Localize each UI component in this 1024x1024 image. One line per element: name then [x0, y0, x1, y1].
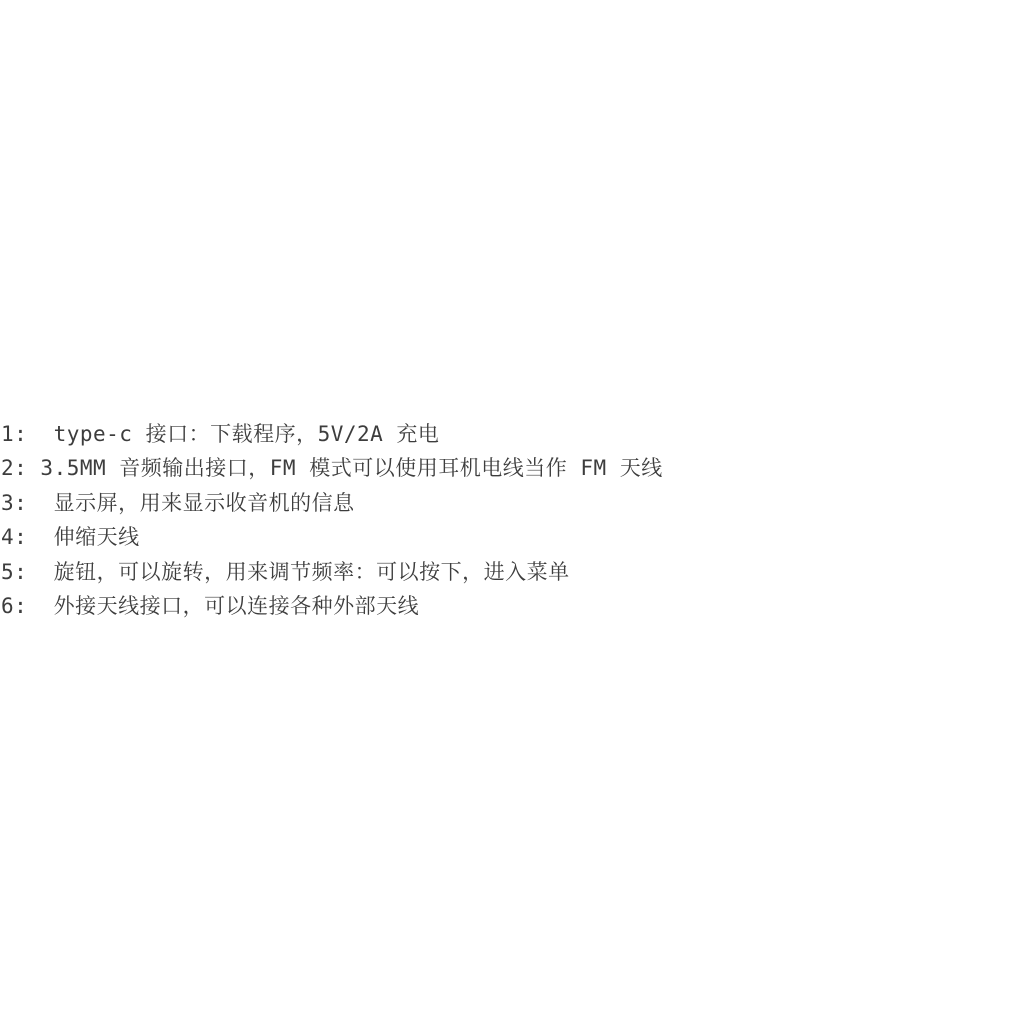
feature-line-1: 1: type-c 接口：下载程序，5V/2A 充电 — [1, 417, 1011, 451]
feature-line-6: 6: 外接天线接口，可以连接各种外部天线 — [1, 589, 1011, 623]
feature-line-5: 5: 旋钮，可以旋转，用来调节频率：可以按下，进入菜单 — [1, 555, 1011, 589]
feature-list: 1: type-c 接口：下载程序，5V/2A 充电 2: 3.5MM 音频输出… — [1, 417, 1011, 623]
feature-line-3: 3: 显示屏，用来显示收音机的信息 — [1, 486, 1011, 520]
product-description-image: 1: type-c 接口：下载程序，5V/2A 充电 2: 3.5MM 音频输出… — [0, 0, 1024, 1024]
feature-line-4: 4: 伸缩天线 — [1, 520, 1011, 554]
feature-line-2: 2: 3.5MM 音频输出接口，FM 模式可以使用耳机电线当作 FM 天线 — [1, 451, 1011, 485]
